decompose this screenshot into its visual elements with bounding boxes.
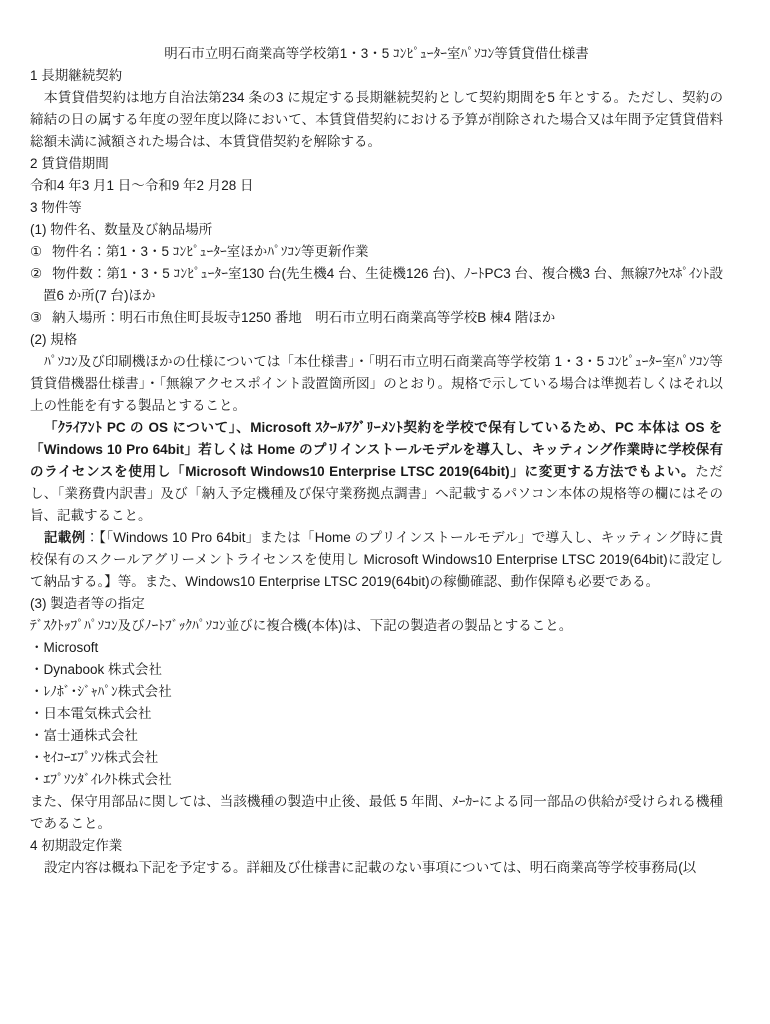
document-page: 明石市立明石商業高等学校第1・3・5 ｺﾝﾋﾟｭｰﾀｰ室ﾊﾟｿｺﾝ等賃貸借仕様書… [0,0,770,1024]
item-text: 物件数：第1・3・5 ｺﾝﾋﾟｭｰﾀｰ室130 台(先生機4 台、生徒機126 … [43,266,723,303]
manufacturer-item: ・ｴﾌﾟｿﾝﾀﾞｲﾚｸﾄ株式会社 [30,769,723,791]
example-paragraph: 記載例：【「Windows 10 Pro 64bit」または「Home のプリイ… [30,527,723,593]
manufacturer-item: ・日本電気株式会社 [30,703,723,725]
manufacturer-item: ・富士通株式会社 [30,725,723,747]
section-1-heading: 1 長期継続契約 [30,65,723,87]
section-3-heading: 3 物件等 [30,197,723,219]
list-item-delivery-place: ③納入場所：明石市魚住町長坂寺1250 番地 明石市立明石商業高等学校B 棟4 … [30,307,723,329]
manufacturer-item: ・ﾚﾉﾎﾞ･ｼﾞｬﾊﾟﾝ株式会社 [30,681,723,703]
os-policy-bold-text: 「ｸﾗｲｱﾝﾄ PC の OS について」、Microsoft ｽｸｰﾙｱｸﾞﾘ… [30,420,723,479]
list-item-property-name: ①物件名：第1・3・5 ｺﾝﾋﾟｭｰﾀｰ室ほかﾊﾟｿｺﾝ等更新作業 [30,241,723,263]
example-label: 記載例 [44,530,85,545]
manufacturer-intro: ﾃﾞｽｸﾄｯﾌﾟﾊﾟｿｺﾝ及びﾉｰﾄﾌﾞｯｸﾊﾟｿｺﾝ並びに複合機(本体)は、下… [30,615,723,637]
lease-period: 令和4 年3 月1 日～令和9 年2 月28 日 [30,175,723,197]
subsection-1-label: (1) 物件名、数量及び納品場所 [30,219,723,241]
section-4-heading: 4 初期設定作業 [30,835,723,857]
section-1-paragraph: 本賃貸借契約は地方自治法第234 条の3 に規定する長期継続契約として契約期間を… [30,87,723,153]
item-marker: ② [30,263,52,285]
maintenance-parts-note: また、保守用部品に関しては、当該機種の製造中止後、最低 5 年間、ﾒｰｶｰによる… [30,791,723,835]
list-item-property-quantity: ②物件数：第1・3・5 ｺﾝﾋﾟｭｰﾀｰ室130 台(先生機4 台、生徒機126… [30,263,723,307]
subsection-2-label: (2) 規格 [30,329,723,351]
item-text: 物件名：第1・3・5 ｺﾝﾋﾟｭｰﾀｰ室ほかﾊﾟｿｺﾝ等更新作業 [52,244,369,259]
document-title: 明石市立明石商業高等学校第1・3・5 ｺﾝﾋﾟｭｰﾀｰ室ﾊﾟｿｺﾝ等賃貸借仕様書 [30,43,723,65]
item-text: 納入場所：明石市魚住町長坂寺1250 番地 明石市立明石商業高等学校B 棟4 階… [52,310,555,325]
example-text: ：【「Windows 10 Pro 64bit」または「Home のプリインスト… [30,530,723,589]
os-policy-paragraph: 「ｸﾗｲｱﾝﾄ PC の OS について」、Microsoft ｽｸｰﾙｱｸﾞﾘ… [30,417,723,527]
manufacturer-item: ・Dynabook 株式会社 [30,659,723,681]
manufacturer-item: ・Microsoft [30,637,723,659]
manufacturer-item: ・ｾｲｺｰｴﾌﾟｿﾝ株式会社 [30,747,723,769]
item-marker: ① [30,241,52,263]
section-2-heading: 2 賃貸借期間 [30,153,723,175]
section-4-paragraph: 設定内容は概ね下記を予定する。詳細及び仕様書に記載のない事項については、明石商業… [30,857,723,879]
subsection-3-label: (3) 製造者等の指定 [30,593,723,615]
spec-paragraph: ﾊﾟｿｺﾝ及び印刷機ほかの仕様については「本仕様書」・「明石市立明石商業高等学校… [30,351,723,417]
item-marker: ③ [30,307,52,329]
